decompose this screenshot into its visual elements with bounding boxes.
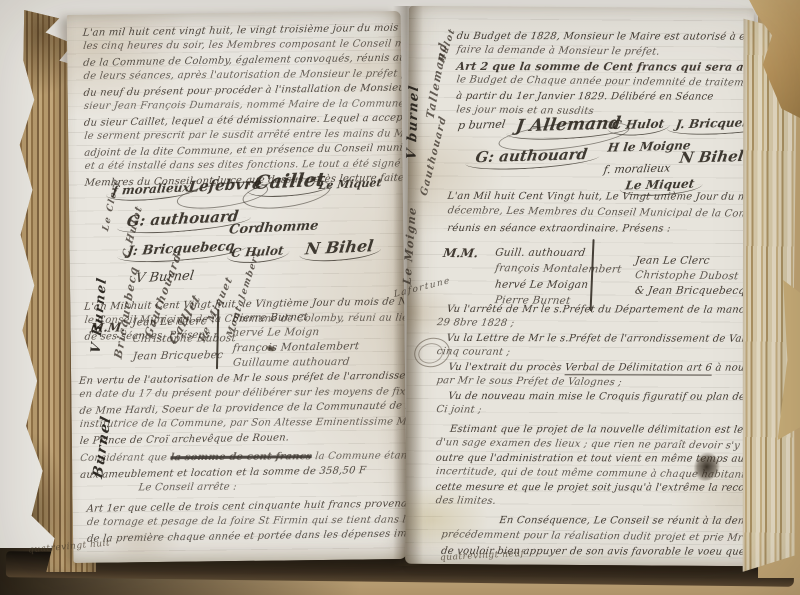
- attendee-name: Christophe Dubost: [634, 268, 746, 284]
- signature: N Bihel: [304, 236, 374, 258]
- signature: f. moralieux: [603, 161, 672, 176]
- signature: Le Miquet: [318, 176, 383, 192]
- attendee-name: & Jean Bricquebecq: [634, 284, 746, 299]
- signature: f moralieux: [112, 180, 191, 198]
- left-paragraph-installation: L'an mil huit cent vingt huit, le vingt …: [83, 20, 408, 190]
- handwritten-line: Ci joint ;: [435, 403, 754, 422]
- underlined-text: Verbal de Délimitation art 6: [564, 362, 713, 375]
- attendee-name: Guillaume authouard: [232, 355, 360, 371]
- signature: N Bihel: [678, 147, 745, 167]
- margin-signature: V burnel: [405, 84, 423, 161]
- right-page: du Budget de 1828, Monsieur le Maire est…: [405, 6, 754, 566]
- attendee-name: hervé Le Moigan: [494, 277, 623, 293]
- attendees-label: M.M.: [442, 246, 479, 260]
- attendee-name: Guill. authouard: [494, 245, 623, 261]
- attendees-column-2: Jean Le Clerc Christophe Dubost & Jean B…: [635, 253, 746, 299]
- handwritten-line: des limites.: [435, 494, 754, 513]
- right-paragraph-session: L'an Mil huit Cent Vingt huit, Le Vingt …: [447, 188, 754, 239]
- signature: H le Moigne: [607, 138, 692, 154]
- signature: Caillet: [253, 169, 326, 194]
- left-page: L'an mil huit cent vingt huit, le vingt …: [67, 11, 408, 563]
- signature: J. Bricquebecq: [675, 115, 754, 132]
- signature: G: authouard: [474, 145, 588, 166]
- attendee-name: hervé Le Moign: [232, 325, 360, 341]
- attendee-name: Jean Le Clerc: [634, 254, 746, 269]
- attendees-column-1: Guill. authouard françois Montalembert h…: [495, 244, 622, 309]
- attendee-name: françois Montalembert: [494, 260, 623, 277]
- signature: p burnel: [457, 118, 506, 132]
- photograph-of-open-register: L'an mil huit cent vingt huit, le vingt …: [0, 0, 800, 595]
- left-paragraph-deliberation: En vertu de l'autorisation de Mr le sous…: [79, 368, 407, 497]
- handwritten-line: Le Conseil arrête :: [138, 477, 408, 495]
- right-paragraph-budget: du Budget de 1828, Monsieur le Maire est…: [456, 28, 754, 120]
- attendee-name: françois Montalembert: [232, 339, 360, 356]
- attendee-name: Pierre Burnet: [232, 309, 360, 326]
- signature: Cordhomme: [228, 218, 319, 237]
- handwritten-line: En Conséquence, Le Conseil se réunit à l…: [498, 513, 754, 529]
- line-text: la Commune étant obligée de pourvoir: [311, 450, 407, 463]
- attendee-name: Jean Bricquebec: [132, 347, 237, 366]
- signature: C Hulot: [611, 117, 665, 132]
- signature: J Allemand: [514, 113, 622, 136]
- attendees-column-2: Pierre Burnet hervé Le Moign françois Mo…: [232, 310, 359, 372]
- line-text: Vu l'extrait du procès: [448, 362, 566, 373]
- left-paragraph-article: Art 1er que celle de trois cent cinquant…: [87, 496, 408, 546]
- handwritten-line: réunis en séance extraordinaire. Présens…: [446, 221, 754, 238]
- struck-out-text: la somme de cent francs: [170, 451, 313, 463]
